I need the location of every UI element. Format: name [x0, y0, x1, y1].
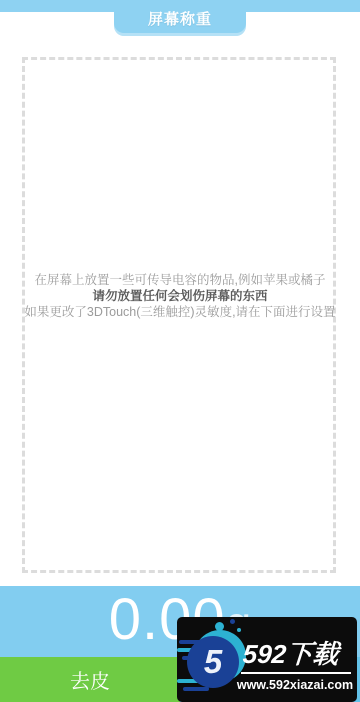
tab-label: 屏幕称重: [148, 8, 212, 29]
watermark-url: www.592xiazai.com: [235, 678, 355, 692]
bubble-dot-icon: [237, 628, 241, 632]
tab-screen-weighing[interactable]: 屏幕称重: [114, 0, 246, 36]
bubble-dot-icon: [230, 619, 235, 624]
speed-line-icon: [183, 687, 209, 691]
watermark: 5 592下载 www.592xiazai.com: [177, 617, 357, 702]
instructions: 在屏幕上放置一些可传导电容的物品,例如苹果或橘子 请勿放置任何会划伤屏幕的东西 …: [0, 272, 360, 320]
tare-button-label: 去皮: [70, 665, 110, 694]
logo-circle-icon: 5: [187, 636, 239, 688]
instruction-line-1: 在屏幕上放置一些可传导电容的物品,例如苹果或橘子: [0, 272, 360, 288]
instruction-line-3: 如果更改了3DTouch(三维触控)灵敏度,请在下面进行设置: [0, 304, 360, 320]
watermark-divider: [241, 672, 351, 674]
logo-numeral: 5: [204, 643, 222, 681]
instruction-line-2: 请勿放置任何会划伤屏幕的东西: [0, 288, 360, 304]
watermark-brand: 592下载: [242, 634, 355, 671]
tare-button[interactable]: 去皮: [0, 657, 180, 702]
